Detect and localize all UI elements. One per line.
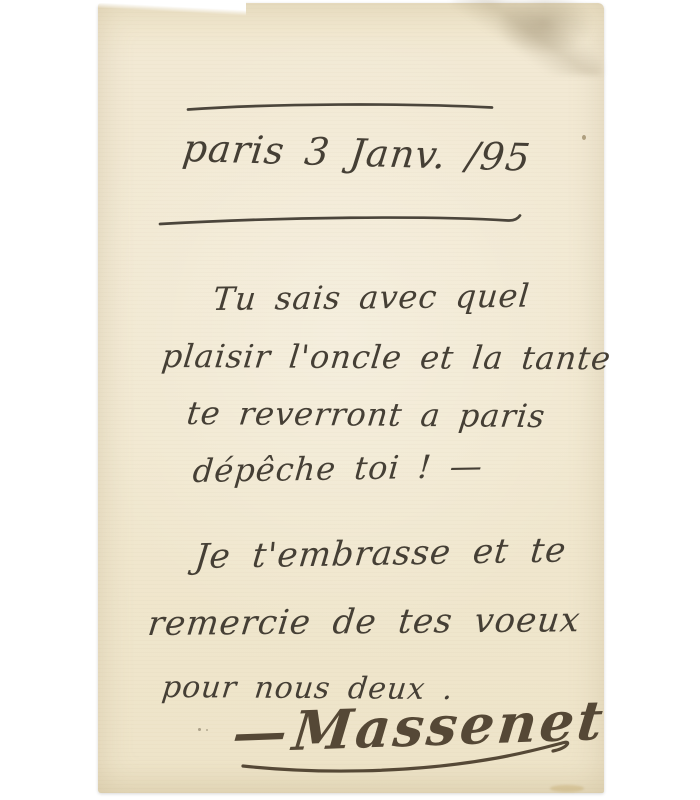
paper-smudge	[550, 785, 584, 792]
body-line-1: Tu sais avec quel	[211, 280, 531, 315]
signature: Massenet	[290, 688, 609, 763]
body-line-4: dépêche toi ! —	[192, 450, 485, 487]
ink-speck	[582, 135, 586, 140]
signature-dash: —	[230, 699, 291, 765]
bottom-rule-line	[160, 216, 520, 225]
signature-block: —Massenet	[230, 693, 608, 760]
body-line-5: Je t'embrasse et te	[193, 533, 568, 574]
body-line-2: plaisir l'oncle et la tante	[160, 340, 613, 374]
date-line: paris 3 Janv. /95	[181, 129, 533, 177]
top-rule-line	[188, 105, 492, 110]
ink-speck	[206, 729, 208, 731]
scanned-letter: paris 3 Janv. /95 Tu sais avec quel plai…	[0, 0, 700, 800]
ink-speck	[198, 728, 201, 731]
letter-page: paris 3 Janv. /95 Tu sais avec quel plai…	[98, 3, 604, 793]
body-line-3: te reverront a paris	[185, 397, 547, 432]
body-line-6: remercie de tes voeux	[146, 603, 582, 641]
